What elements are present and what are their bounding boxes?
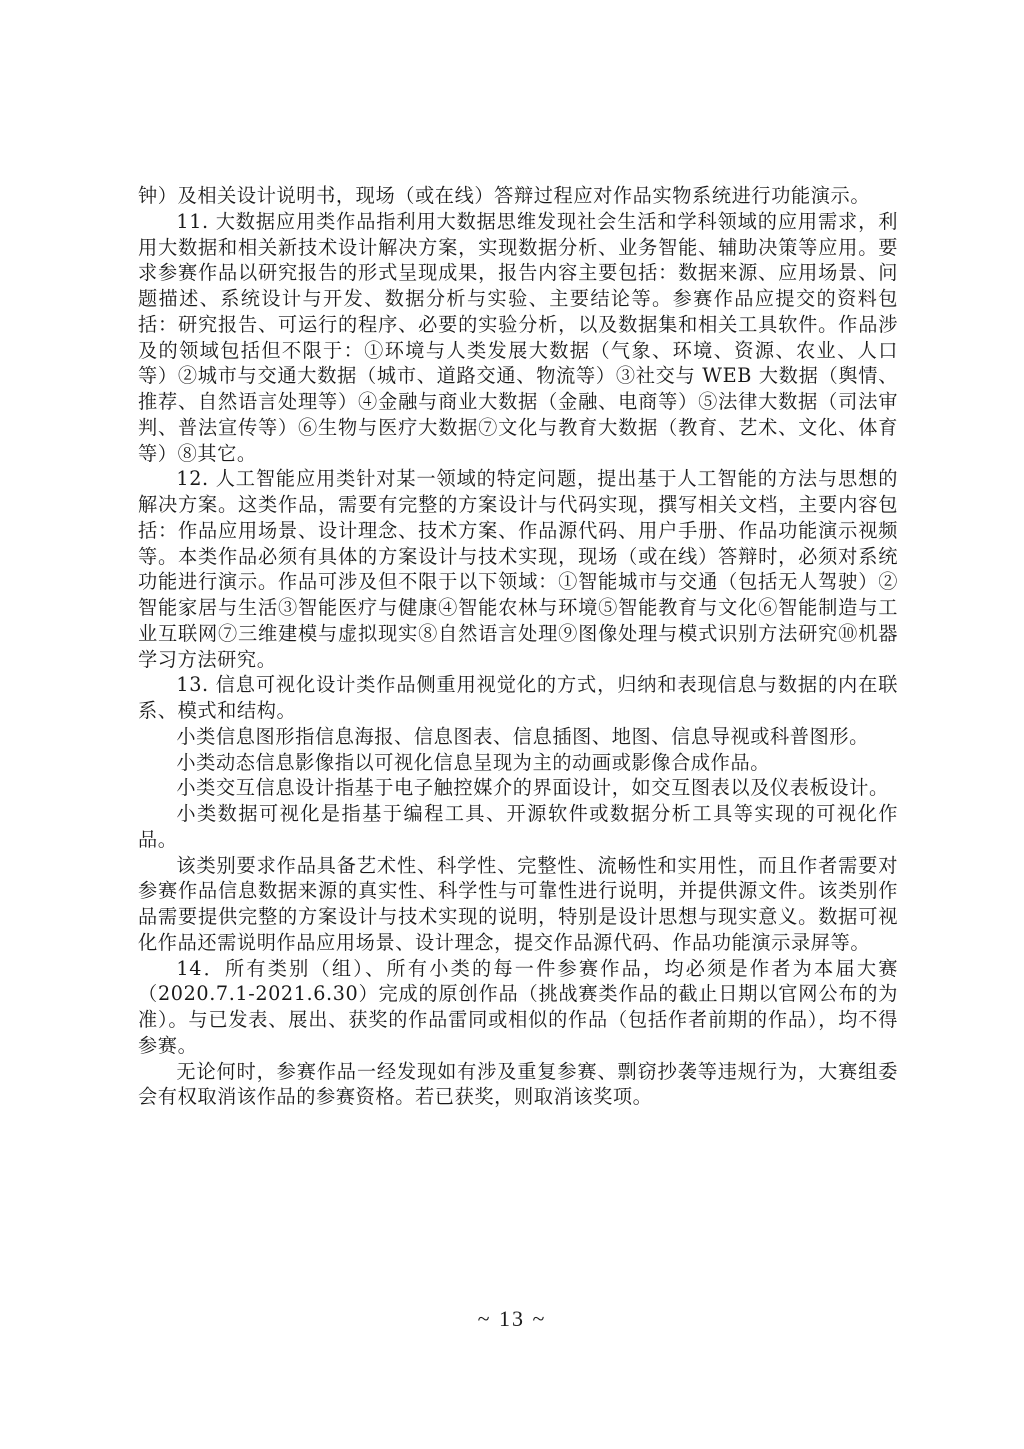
paragraph-subcategory-dataviz: 小类数据可视化是指基于编程工具、开源软件或数据分析工具等实现的可视化作品。 — [138, 801, 898, 853]
page-number: ~ 13 ~ — [0, 1306, 1024, 1332]
paragraph-item-14-originality: 14．所有类别（组）、所有小类的每一件参赛作品，均必须是作者为本届大赛（2020… — [138, 956, 898, 1059]
paragraph-subcategory-motion: 小类动态信息影像指以可视化信息呈现为主的动画或影像合成作品。 — [138, 750, 898, 776]
paragraph-violation-notice: 无论何时，参赛作品一经发现如有涉及重复参赛、剽窃抄袭等违规行为，大赛组委会有权取… — [138, 1059, 898, 1111]
paragraph-item-12-ai: 12. 人工智能应用类针对某一领域的特定问题，提出基于人工智能的方法与思想的解决… — [138, 466, 898, 672]
paragraph-subcategory-infographics: 小类信息图形指信息海报、信息图表、信息插图、地图、信息导视或科普图形。 — [138, 724, 898, 750]
paragraph-subcategory-interactive: 小类交互信息设计指基于电子触控媒介的界面设计，如交互图表以及仪表板设计。 — [138, 775, 898, 801]
paragraph-continuation: 钟）及相关设计说明书，现场（或在线）答辩过程应对作品实物系统进行功能演示。 — [138, 183, 898, 209]
paragraph-item-11-big-data: 11. 大数据应用类作品指利用大数据思维发现社会生活和学科领域的应用需求，利用大… — [138, 209, 898, 467]
document-page: 钟）及相关设计说明书，现场（或在线）答辩过程应对作品实物系统进行功能演示。 11… — [0, 0, 1024, 1449]
paragraph-infovis-requirements: 该类别要求作品具备艺术性、科学性、完整性、流畅性和实用性，而且作者需要对参赛作品… — [138, 853, 898, 956]
paragraph-item-13-infovis: 13. 信息可视化设计类作品侧重用视觉化的方式，归纳和表现信息与数据的内在联系、… — [138, 672, 898, 724]
document-body: 钟）及相关设计说明书，现场（或在线）答辩过程应对作品实物系统进行功能演示。 11… — [138, 183, 898, 1110]
